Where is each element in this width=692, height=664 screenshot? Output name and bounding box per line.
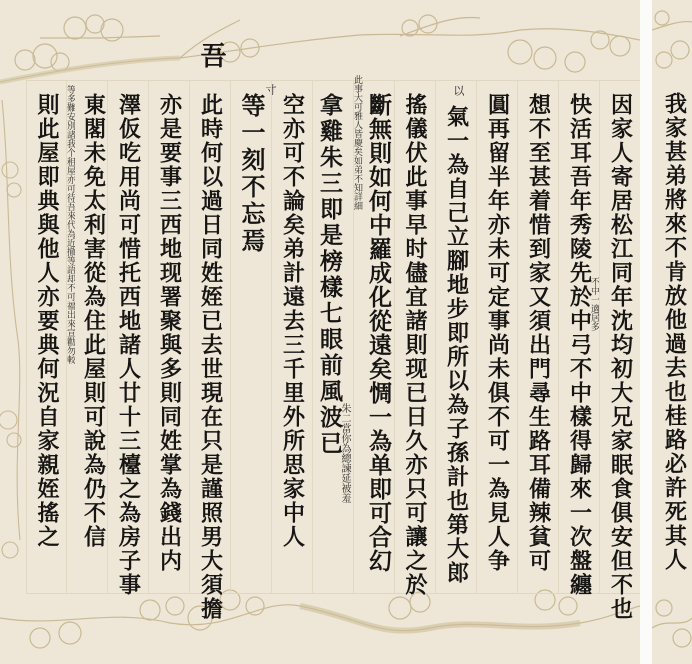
column-text: 氣一為自己立腳地步即所以為子孫計也第大郎 bbox=[443, 105, 470, 585]
interlinear-note: 朱二當你為總諫延被羞 bbox=[339, 403, 350, 503]
column-text: 等一刻不忘焉 bbox=[235, 93, 267, 255]
text-column-6: 搖儀伏此事早时儘宜諸則现已日久亦只可讓之於 bbox=[394, 81, 435, 593]
text-column-12: 亦是要事三西地现署聚與多則同姓掌為錢出内 bbox=[148, 81, 189, 593]
plum-blossom-border-top bbox=[0, 0, 640, 85]
text-column-10: 等一刻不忘焉 bbox=[230, 81, 271, 593]
text-column-11: 此時何以過日同姓姪已去世現在只是謹照男大須擔 bbox=[189, 81, 230, 593]
column-text: 想不至甚着惜到家又須出門尋生路耳備辣貧可 bbox=[525, 93, 552, 573]
interlinear-note: 此事大可雅人皆慶矣如弟不知詳細 bbox=[352, 75, 362, 210]
plum-blossom-border-left bbox=[0, 60, 28, 620]
panel-gap bbox=[640, 0, 652, 664]
text-column-2: 快活耳吾年秀陵先於中弓不中樣得歸來一次盤纏 不中一適居多 bbox=[558, 81, 599, 593]
interlinear-note: 等多難安別諸我个租屋亦可待吾來代為近撤等語却不可福出來宣勸勿較 bbox=[65, 85, 75, 585]
text-column-7: 斷無則如何中羅成化從遠矣惆一為单即可合幻 此事大可雅人皆慶矣如弟不知詳細 bbox=[353, 81, 394, 593]
text-column-8: 拿雞朱三即是榜樣七眼前風波已 朱二當你為總諫延被羞 bbox=[312, 81, 353, 593]
text-column-15: 則此屋即典與他人亦要典何況自家親姪搖之 bbox=[26, 81, 66, 593]
text-column-13: 澤仮吃用尚可惜托西地諸人廿十三檯之為房子事 bbox=[107, 81, 148, 593]
text-column-5: 氣一為自己立腳地步即所以為子孫計也第大郎 以 bbox=[435, 81, 476, 593]
column-text: 我家甚弟將來不肯放他過去也桂路必許死其人 bbox=[662, 92, 687, 572]
letter-page-main: 吾 寸 則此屋即典與他人亦要典何況自家親姪搖之 東閣未免太利害從為住此屋則可說為… bbox=[0, 0, 640, 664]
text-column-14: 東閣未免太利害從為住此屋則可說為仍不信 等多難安別諸我个租屋亦可待吾來代為近撤等… bbox=[66, 81, 107, 593]
interlinear-note: 以 bbox=[452, 85, 464, 96]
column-text: 斷無則如何中羅成化從遠矣惆一為单即可合幻 bbox=[363, 93, 393, 573]
interlinear-note: 不中一適居多 bbox=[589, 277, 599, 331]
ruled-text-area: 則此屋即典與他人亦要典何況自家親姪搖之 東閣未免太利害從為住此屋則可說為仍不信 … bbox=[26, 80, 640, 594]
text-column-16: 我家甚弟將來不肯放他過去也桂路必許死其人 bbox=[652, 80, 692, 592]
column-text: 此時何以過日同姓姪已去世現在只是謹照男大須擔 bbox=[197, 93, 224, 621]
heading-character: 吾 bbox=[193, 42, 230, 68]
column-text: 東閣未免太利害從為住此屋則可說為仍不信 bbox=[80, 93, 107, 549]
column-text: 圓再留半年亦未可定事尚未俱不可一為見人争 bbox=[484, 93, 511, 573]
text-column-4: 圓再留半年亦未可定事尚未俱不可一為見人争 bbox=[476, 81, 517, 593]
column-text: 空亦可不論矣弟計遠去三千里外所思家中人 bbox=[279, 93, 306, 549]
text-column-3: 想不至甚着惜到家又須出門尋生路耳備辣貧可 bbox=[517, 81, 558, 593]
text-column-1: 因家人寄居松江同年沈均初大兄家眠食俱安但不也 bbox=[599, 81, 640, 593]
plum-blossom-border-top bbox=[652, 0, 692, 85]
text-column-9: 空亦可不論矣弟計遠去三千里外所思家中人 bbox=[271, 81, 312, 593]
column-text: 快活耳吾年秀陵先於中弓不中樣得歸來一次盤纏 bbox=[566, 93, 593, 597]
plum-blossom-border-bottom bbox=[0, 588, 640, 664]
column-text: 因家人寄居松江同年沈均初大兄家眠食俱安但不也 bbox=[607, 93, 634, 621]
column-text: 亦是要事三西地现署聚與多則同姓掌為錢出内 bbox=[156, 93, 183, 573]
column-text: 則此屋即典與他人亦要典何況自家親姪搖之 bbox=[33, 93, 60, 549]
column-text: 澤仮吃用尚可惜托西地諸人廿十三檯之為房子事 bbox=[115, 93, 142, 597]
letter-page-side: 我家甚弟將來不肯放他過去也桂路必許死其人 bbox=[652, 0, 692, 664]
column-text: 搖儀伏此事早时儘宜諸則现已日久亦只可讓之於 bbox=[402, 93, 428, 597]
plum-blossom-border-bottom bbox=[652, 588, 692, 664]
